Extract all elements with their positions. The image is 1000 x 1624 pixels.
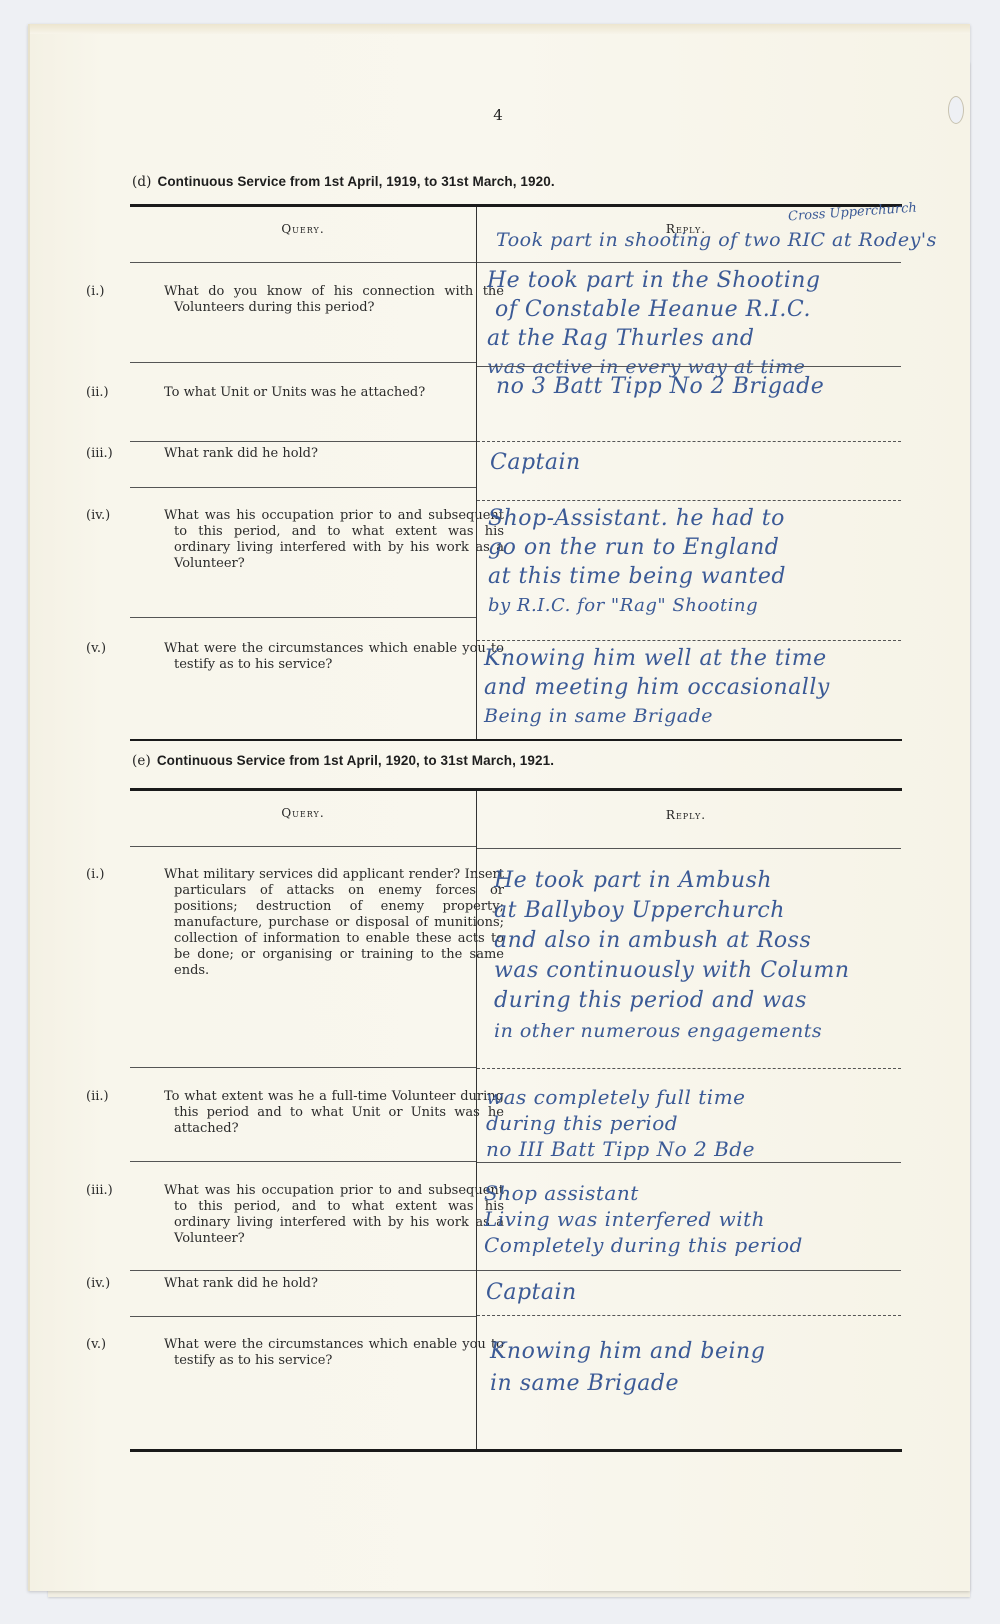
reply-line: Knowing him well at the time [484, 644, 944, 673]
section-d-label: (d) [132, 174, 151, 190]
section-d-reply-4: Shop-Assistant. he had to go on the run … [488, 504, 948, 620]
section-d-heading: (d)Continuous Service from 1st April, 19… [132, 174, 555, 190]
reply-line: He took part in Ambush [494, 866, 954, 896]
reply-line: in same Brigade [490, 1368, 950, 1400]
section-e-query-4: (iv.)What rank did he hold? [130, 1276, 504, 1292]
section-d-reply-5: Knowing him well at the time and meeting… [484, 644, 944, 731]
query-number: (v.) [130, 1337, 164, 1353]
section-d-query-4: (iv.)What was his occupation prior to an… [130, 508, 504, 572]
section-e-query-2: (ii.)To what extent was he a full-time V… [130, 1089, 504, 1137]
reply-line: Took part in shooting of two RIC at Rode… [496, 226, 956, 255]
section-e-reply-5: Knowing him and being in same Brigade [490, 1336, 950, 1400]
query-text: What rank did he hold? [164, 1276, 318, 1291]
reply-line: was completely full time [486, 1084, 946, 1110]
query-number: (iii.) [130, 446, 164, 462]
query-number: (iv.) [130, 1276, 164, 1292]
section-d-query-3: (iii.)What rank did he hold? [130, 446, 504, 462]
row-divider [130, 1316, 476, 1317]
query-text: To what Unit or Units was he attached? [164, 385, 425, 400]
row-divider [477, 1162, 901, 1163]
row-divider [130, 846, 476, 847]
query-text: What do you know of his connection with … [164, 284, 504, 315]
section-e-title: Continuous Service from 1st April, 1920,… [157, 753, 554, 768]
reply-line: Shop assistant [484, 1180, 944, 1206]
query-number: (v.) [130, 641, 164, 657]
reply-line: Shop-Assistant. he had to [488, 504, 948, 533]
query-text: What military services did applicant ren… [164, 867, 504, 978]
row-divider [130, 362, 476, 363]
section-d-reply-intro: Took part in shooting of two RIC at Rode… [496, 226, 956, 255]
reply-line: and meeting him occasionally [484, 673, 944, 702]
reply-line: of Constable Heanue R.I.C. [487, 295, 947, 324]
query-text: What were the circumstances which enable… [164, 1337, 504, 1368]
section-e-reply-4: Captain [486, 1278, 946, 1307]
section-d-query-2: (ii.)To what Unit or Units was he attach… [130, 385, 504, 401]
section-d-query-5: (v.)What were the circumstances which en… [130, 641, 504, 673]
section-d-query-1: (i.)What do you know of his connection w… [130, 284, 504, 316]
reply-line: no III Batt Tipp No 2 Bde [486, 1136, 946, 1162]
section-d-title: Continuous Service from 1st April, 1919,… [157, 174, 554, 189]
section-e-bottom-rule [130, 1449, 902, 1452]
row-divider [477, 640, 901, 642]
reply-line: and also in ambush at Ross [494, 926, 954, 956]
reply-line: Knowing him and being [490, 1336, 950, 1368]
page-top-fold [30, 24, 970, 34]
section-d-reply-2: no 3 Batt Tipp No 2 Brigade [496, 372, 956, 401]
row-divider [477, 366, 901, 367]
section-e-top-rule [130, 788, 902, 791]
query-number: (i.) [130, 284, 164, 300]
reply-line: go on the run to England [488, 533, 948, 562]
section-e-reply-header: Reply. [636, 808, 736, 822]
query-text: What was his occupation prior to and sub… [164, 508, 504, 571]
section-e-reply-3: Shop assistant Living was interfered wit… [484, 1180, 944, 1258]
reply-line: at the Rag Thurles and [487, 324, 947, 353]
reply-line: Living was interfered with [484, 1206, 944, 1232]
section-e-query-5: (v.)What were the circumstances which en… [130, 1337, 504, 1369]
query-text: To what extent was he a full-time Volunt… [164, 1089, 504, 1136]
query-text: What were the circumstances which enable… [164, 641, 504, 672]
query-text: What rank did he hold? [164, 446, 318, 461]
row-divider [130, 617, 476, 618]
row-divider [130, 1067, 476, 1068]
reply-line: no 3 Batt Tipp No 2 Brigade [496, 372, 956, 401]
reply-line: by R.I.C. for "Rag" Shooting [488, 591, 948, 620]
page-number: 4 [28, 106, 968, 124]
section-e-label: (e) [132, 753, 151, 769]
reply-line: during this period [486, 1110, 946, 1136]
section-e-query-header: Query. [130, 806, 476, 820]
section-e-reply-1: He took part in Ambush at Ballyboy Upper… [494, 866, 954, 1046]
reply-line: Captain [486, 1278, 946, 1307]
row-divider [130, 262, 476, 263]
query-number: (iii.) [130, 1183, 164, 1199]
reply-line: was continuously with Column [494, 956, 954, 986]
row-divider [477, 262, 901, 263]
section-d-reply-1: He took part in the Shooting of Constabl… [487, 266, 947, 382]
section-e-query-3: (iii.)What was his occupation prior to a… [130, 1183, 504, 1247]
reply-line: during this period and was [494, 986, 954, 1016]
query-number: (ii.) [130, 1089, 164, 1105]
section-d-bottom-rule [130, 739, 902, 741]
reply-line: He took part in the Shooting [487, 266, 947, 295]
reply-line: Captain [490, 448, 950, 477]
query-number: (ii.) [130, 385, 164, 401]
section-e-reply-2: was completely full time during this per… [486, 1084, 946, 1162]
reply-line: in other numerous engagements [494, 1016, 954, 1046]
query-text: What was his occupation prior to and sub… [164, 1183, 504, 1246]
row-divider [130, 1270, 476, 1271]
section-d-top-rule [130, 204, 902, 207]
row-divider [477, 1068, 901, 1070]
reply-line: Completely during this period [484, 1232, 944, 1258]
row-divider [477, 1315, 901, 1317]
reply-line: at Ballyboy Upperchurch [494, 896, 954, 926]
reply-line: at this time being wanted [488, 562, 948, 591]
row-divider [477, 441, 901, 443]
row-divider [130, 1161, 476, 1162]
section-e-query-1: (i.)What military services did applicant… [130, 867, 504, 979]
query-number: (iv.) [130, 508, 164, 524]
row-divider [130, 487, 476, 488]
section-e-heading: (e)Continuous Service from 1st April, 19… [132, 753, 554, 769]
row-divider [477, 1270, 901, 1271]
row-divider [130, 441, 476, 442]
row-divider [477, 500, 901, 502]
section-d-reply-3: Captain [490, 448, 950, 477]
section-d-query-header: Query. [130, 222, 476, 236]
row-divider [477, 848, 901, 849]
query-number: (i.) [130, 867, 164, 883]
reply-line: Being in same Brigade [484, 702, 944, 731]
